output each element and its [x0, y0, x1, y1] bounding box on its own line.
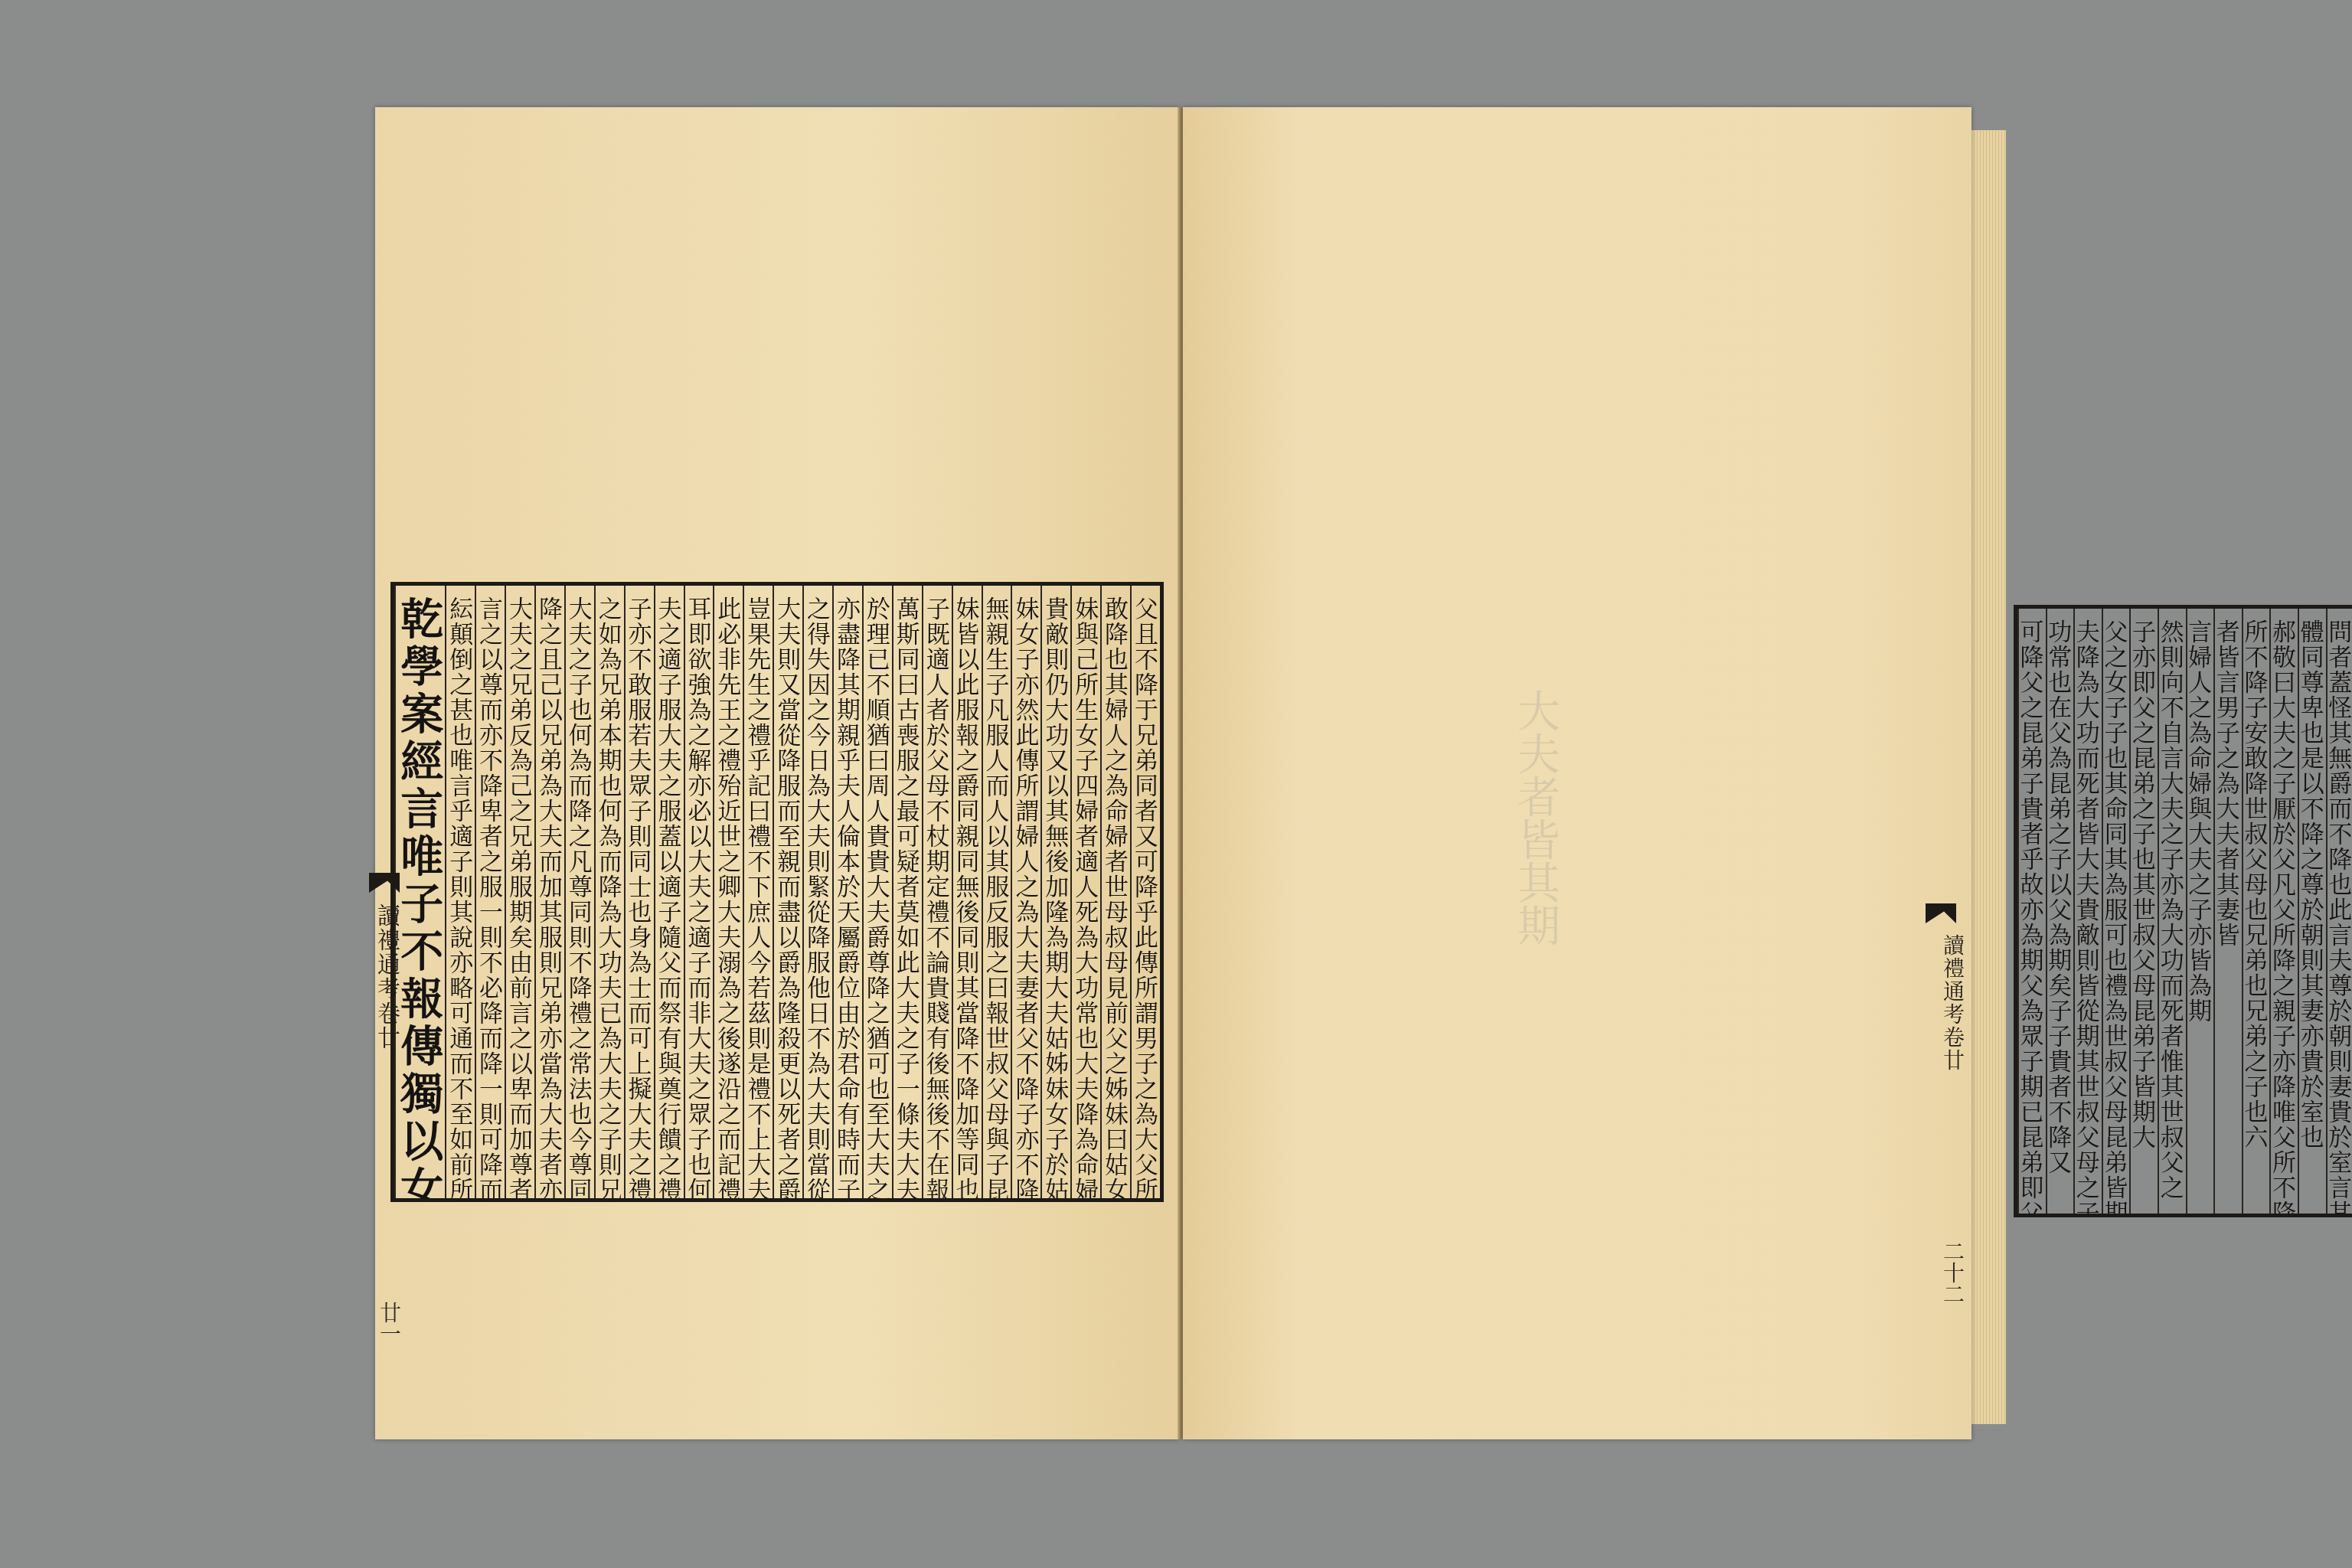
- text-column: 耳即欲強為之解亦必以大夫之適子而非大夫之眾子也何以知之雜記言大: [684, 586, 714, 1198]
- text-column: 父之女子子也其命同其為服可也禮為世叔父母昆弟皆期大: [2102, 609, 2130, 1214]
- text-column: 之如為兄弟本期也何為而降為大功夫已為大夫之子則兄弟亦: [594, 586, 624, 1198]
- text-column: 功常也在父為昆弟之子以父為期矣子子貴者不降又: [2046, 609, 2074, 1214]
- text-column: 子既適人者於父母不杖期定禮不論貴賤有後無後不在報例: [922, 586, 952, 1198]
- text-column: 貴敵則仍大功又以其無後加隆為期大夫姑姊妹女子於姑姊: [1040, 586, 1070, 1198]
- text-column: 此必非先王之禮殆近世之卿大夫溺為之後遂沿之而記禮者因筆之: [713, 586, 743, 1198]
- fish-tail-mark-right: [1926, 903, 1956, 923]
- text-column: 紜顛倒之甚也唯言乎適子則其說亦略可通而不至如前所云之謬戾矣: [445, 586, 475, 1198]
- text-column: 於理已不順猶曰周人貴貴大夫爵尊降之猶可也至大夫之子何貴乃: [862, 586, 892, 1198]
- text-column: 妹女子亦然此傳所謂婦人之為大夫妻者父不降子亦不降也無祭主謂: [1011, 586, 1040, 1198]
- right-columns: 二十二頁廿一夫曷為不降命婦也夫尊於朝妻貴於室矣姊妹女子子也其有祭主者如眾人唯子不…: [2017, 609, 2352, 1214]
- text-column: 之得失因之今日為大夫則緊從降服他日不為大夫則當從正服後日再為: [802, 586, 832, 1198]
- open-book: 父且不降于兄弟同者又可降乎此傳所謂男子之為大父所不降子亦不敢降也其婦人之為命婦者…: [375, 107, 2006, 1439]
- text-column: 亦盡降其期親乎夫人倫本於天屬爵位由於君命有時而子奪則爵位: [832, 586, 862, 1198]
- text-column: 夫之適子服大夫之服蓋以適子隨父而祭有與奠行饋之禮故父之所不服: [654, 586, 684, 1198]
- text-column: 妹皆以此服報之爵同親同無後同則其當降不降加等同也惟女: [952, 586, 982, 1198]
- text-column: 大夫之子也何為而降之凡尊同則不降禮之常法也今尊同矣又何為而亦: [564, 586, 594, 1198]
- text-column: 大夫之兄弟反為己之兄弟服期矣由前言之以卑而加尊者之服由後: [505, 586, 534, 1198]
- text-column: 子亦即父之昆弟之子也其世叔父母昆弟子皆期大: [2129, 609, 2158, 1214]
- text-column: 敢降也其婦人之為命婦者世母叔母見前父之姊妹曰姑女兄曰姊女弟曰: [1100, 586, 1130, 1198]
- text-column: 豈果先生之禮乎記曰禮不下庶人今若茲則是禮不上大夫矣而可乎吾謂: [743, 586, 773, 1198]
- text-column: 無親生子凡服人而人以其服反服之曰報世叔父母與子昆弟子姑姊: [982, 586, 1011, 1198]
- text-column: 問者蓋怪其無爵而不降也此言夫尊於朝則妻貴於室言其夫妻一: [2326, 609, 2352, 1214]
- right-margin-title: 讀禮通考卷廿: [1937, 934, 1968, 1118]
- text-column: 然則向不自言大夫之子亦為大功而死者惟其世叔父之: [2158, 609, 2186, 1214]
- text-column: 父且不降于兄弟同者又可降乎此傳所謂男子之為大父所不降子亦不: [1130, 586, 1160, 1198]
- text-column: 子亦不敢服若夫眾子則同士也身為士而可上擬大夫之禮乎試舉一端以折: [624, 586, 654, 1198]
- text-column: 降之且己以兄弟為大夫而加其服則兄弟亦當為大夫者亦從而報之則是為: [534, 586, 564, 1198]
- text-column: 萬斯同曰古喪服之最可疑者莫如此大夫之子一條夫大夫降其期親於情: [892, 586, 922, 1198]
- left-page-number: 廿一: [374, 1302, 404, 1344]
- right-text-frame: 二十二頁廿一夫曷為不降命婦也夫尊於朝妻貴於室矣姊妹女子子也其有祭主者如眾人唯子不…: [2014, 605, 2352, 1217]
- page-edges: [1971, 130, 2006, 1424]
- left-page: 父且不降于兄弟同者又可降乎此傳所謂男子之為大父所不降子亦不敢降也其婦人之為命婦者…: [375, 107, 1179, 1439]
- text-column: 言婦人之為命婦與大夫之子亦皆為期: [2186, 609, 2214, 1214]
- left-margin-title: 讀禮通考卷廿: [369, 903, 403, 1133]
- right-page: 大夫者皆其期 二十二頁廿一夫曷為不降命婦也夫尊於朝妻貴於室矣姊妹女子子也其有祭主…: [1183, 107, 1971, 1439]
- text-column: 大夫則又當從降服而至親而盡以爵為隆殺更以死者之爵為隆殺: [773, 586, 802, 1198]
- text-column: 所不降子安敢降世叔父母也兄弟也兄弟之子也六: [2242, 609, 2270, 1214]
- bleed-through-text: 大夫者皆其期: [1504, 689, 1566, 946]
- text-column: 者皆言男子之為大夫者其妻皆: [2213, 609, 2242, 1214]
- text-column: 妹與己所生女子四婦者適人死為大功常也大夫降為命婦: [1070, 586, 1100, 1198]
- left-text-frame: 父且不降于兄弟同者又可降乎此傳所謂男子之為大父所不降子亦不敢降也其婦人之為命婦者…: [390, 582, 1164, 1202]
- text-column: 體同尊卑也是以不降之尊於朝則其妻亦貴於室也: [2298, 609, 2326, 1214]
- left-columns: 父且不降于兄弟同者又可降乎此傳所謂男子之為大父所不降子亦不敢降也其婦人之為命婦者…: [394, 586, 1160, 1198]
- text-column: 可降父之昆弟子貴者乎故亦為期父為眾子期已昆弟即父眾子以彼貴: [2017, 609, 2046, 1214]
- right-page-number: 二十二: [1937, 1240, 1968, 1305]
- text-column: 郝敬曰大夫之子厭於父凡父所降之親子亦降唯父所不降子不得不降至於父: [2269, 609, 2298, 1214]
- text-column: 夫降為大功而死者皆大夫貴敵則皆從期其世叔父母之子已謂從兄弟大: [2073, 609, 2102, 1214]
- text-column: 言之以尊而亦不降卑者之服一則不必降而降一則可降而不降何其紛: [475, 586, 505, 1198]
